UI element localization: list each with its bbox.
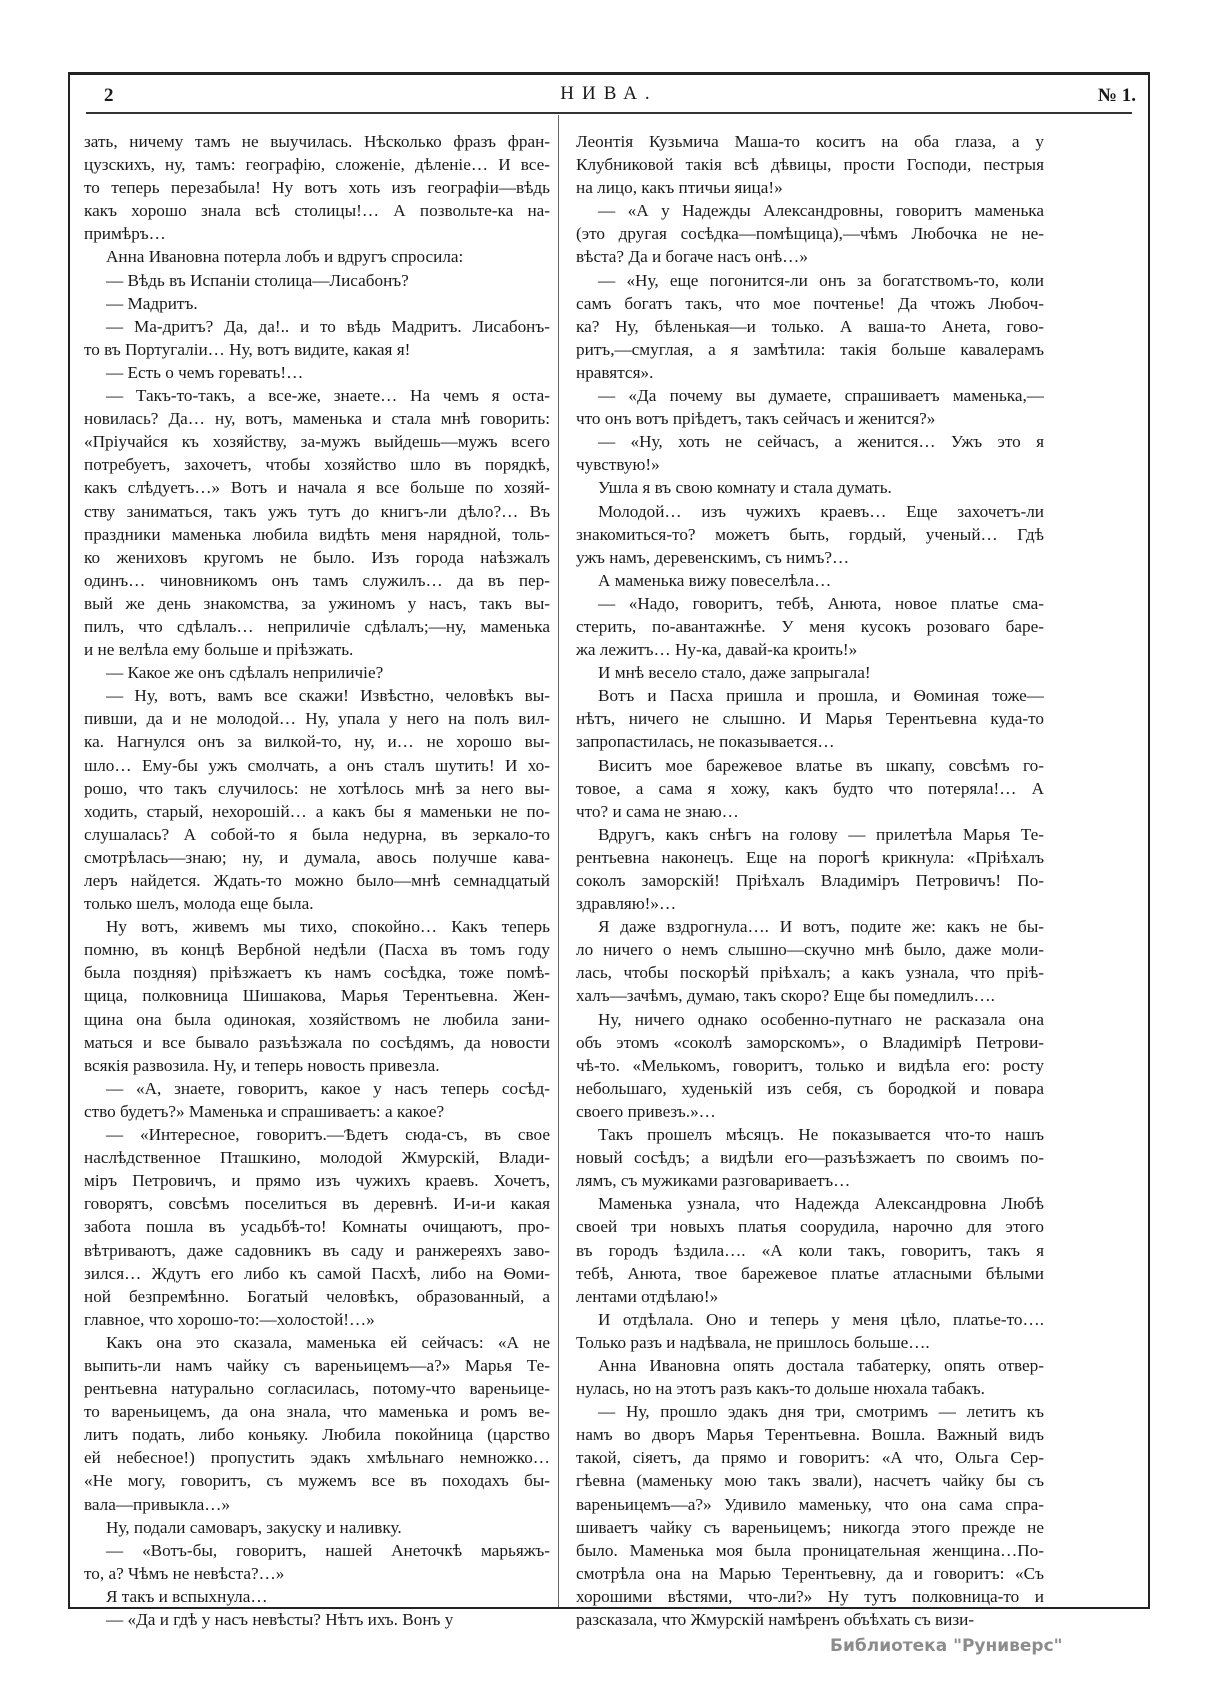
- text-line: щица, полковница Шишакова, Марья Теренть…: [84, 984, 550, 1007]
- text-line: тебѣ, Анюта, твое барежевое платье атлас…: [576, 1262, 1044, 1285]
- text-line: здравляю!»…: [576, 892, 1044, 915]
- text-line: ство будетъ?» Маменька и спрашиваетъ: а …: [84, 1100, 550, 1123]
- text-line: Леонтія Кузьмича Маша-то коситъ на оба г…: [576, 130, 1044, 153]
- text-line: нулась, но на этотъ разъ какъ-то дольше …: [576, 1377, 1044, 1400]
- text-line: что онъ вотъ пріѣдетъ, такъ сейчасъ и же…: [576, 407, 1044, 430]
- text-line: Ну вотъ, живемъ мы тихо, спокойно… Какъ …: [84, 915, 550, 938]
- text-line: смотрѣлась—знаю; ну, и думала, авось пол…: [84, 846, 550, 869]
- paragraph: Ну, подали самоваръ, закуску и наливку.: [84, 1516, 550, 1539]
- paragraph: — «А, знаете, говоритъ, какое у насъ теп…: [84, 1077, 550, 1123]
- right-column: Леонтія Кузьмича Маша-то коситъ на оба г…: [576, 130, 1044, 1631]
- text-line: Такъ прошелъ мѣсяцъ. Не показывается что…: [576, 1123, 1044, 1146]
- text-line: пилъ, что сдѣлалъ… неприличіе сдѣлалъ;—н…: [84, 615, 550, 638]
- text-line: на лицо, какъ птичьи яица!»: [576, 176, 1044, 199]
- text-line: зать, ничему тамъ не выучилась. Нѣскольк…: [84, 130, 550, 153]
- left-column: зать, ничему тамъ не выучилась. Нѣскольк…: [84, 130, 550, 1631]
- paragraph: А маменька вижу повеселѣла…: [576, 569, 1044, 592]
- text-line: хорошими вѣстями, что-ли?» Ну тутъ полко…: [576, 1585, 1044, 1608]
- text-line: какъ слѣдуетъ…» Вотъ и начала я все боль…: [84, 476, 550, 499]
- text-line: Я даже вздрогнула…. И вотъ, подите же: к…: [576, 915, 1044, 938]
- text-line: ка? Ну, бѣленькая—и только. А ваша-то Ан…: [576, 315, 1044, 338]
- paragraph: И отдѣлала. Оно и теперь у меня цѣло, пл…: [576, 1308, 1044, 1354]
- text-line: новый сосѣдъ; а видѣли его—разъѣзжаетъ п…: [576, 1146, 1044, 1169]
- text-line: то въ Португаліи… Ну, вотъ видите, какая…: [84, 338, 550, 361]
- paragraph: — Ма-дритъ? Да, да!.. и то вѣдь Мадритъ.…: [84, 315, 550, 361]
- text-line: вѣтриваютъ, даже садовникъ въ саду и ран…: [84, 1239, 550, 1262]
- paragraph: — «Ну, хоть не сейчасъ, а женится… Ужъ э…: [576, 430, 1044, 476]
- issue-number: № 1.: [1098, 85, 1136, 107]
- text-line: вала—привыкла…»: [84, 1493, 550, 1516]
- text-line: — Мадритъ.: [84, 292, 550, 315]
- paragraph: — Ну, вотъ, вамъ все скажи! Извѣстно, че…: [84, 684, 550, 915]
- text-line: своего привезъ.»…: [576, 1100, 1044, 1123]
- text-line: — Такъ-то-такъ, а все-же, знаете… На чем…: [84, 384, 550, 407]
- text-line: новилась? Да… ну, вотъ, маменька и стала…: [84, 407, 550, 430]
- text-line: такой, сіяетъ, да прямо и говоритъ: «А ч…: [576, 1446, 1044, 1469]
- text-line: — Ну, прошло эдакъ дня три, смотримъ — л…: [576, 1400, 1044, 1423]
- column-divider: [558, 115, 559, 1607]
- paragraph: Виситъ мое барежевое влатье въ шкапу, со…: [576, 754, 1044, 823]
- text-line: выпить-ли намъ чайку съ вареньицемъ—а?» …: [84, 1354, 550, 1377]
- text-line: — «Ну, хоть не сейчасъ, а женится… Ужъ э…: [576, 430, 1044, 453]
- text-line: — «А у Надежды Александровны, говоритъ м…: [576, 199, 1044, 222]
- paragraph: — Ну, прошло эдакъ дня три, смотримъ — л…: [576, 1400, 1044, 1631]
- text-line: маться и все бывало разъѣзжала по сосѣдя…: [84, 1031, 550, 1054]
- text-line: Ушла я въ свою комнату и стала думать.: [576, 476, 1044, 499]
- paragraph: Маменька узнала, что Надежда Александров…: [576, 1192, 1044, 1307]
- text-line: ко жениховъ кругомъ не было. Изъ города …: [84, 546, 550, 569]
- text-line: объ этомъ «соколѣ заморскомъ», о Владимі…: [576, 1031, 1044, 1054]
- paragraph: — Такъ-то-такъ, а все-же, знаете… На чем…: [84, 384, 550, 661]
- paragraph: И мнѣ весело стало, даже запрыгала!: [576, 661, 1044, 684]
- text-line: И мнѣ весело стало, даже запрыгала!: [576, 661, 1044, 684]
- text-line: запропастилась, не показывается…: [576, 730, 1044, 753]
- text-line: ходить, старый, нехорошій… а какъ бы я м…: [84, 800, 550, 823]
- paragraph: — «Да почему вы думаете, спрашиваетъ мам…: [576, 384, 1044, 430]
- text-line: — «Вотъ-бы, говоритъ, нашей Анеточкѣ мар…: [84, 1539, 550, 1562]
- text-line: Я такъ и вспыхнула…: [84, 1585, 550, 1608]
- text-line: — Есть о чемъ горевать!…: [84, 361, 550, 384]
- text-line: праздники маменька любила видѣть меня на…: [84, 523, 550, 546]
- paragraph: Анна Ивановна потерла лобъ и вдругъ спро…: [84, 245, 550, 268]
- text-line: Виситъ мое барежевое влатье въ шкапу, со…: [576, 754, 1044, 777]
- paragraph: — «А у Надежды Александровны, говоритъ м…: [576, 199, 1044, 268]
- text-line: — Ну, вотъ, вамъ все скажи! Извѣстно, че…: [84, 684, 550, 707]
- text-line: лямъ, съ мужиками разговариваетъ…: [576, 1169, 1044, 1192]
- paragraph: — «Интересное, говоритъ.—Ѣдетъ сюда-съ, …: [84, 1123, 550, 1331]
- text-line: жа лежитъ… Ну-ка, давай-ка кроить!»: [576, 638, 1044, 661]
- text-line: ка. Нагнулся онъ за вилкой-то, ну, и… не…: [84, 730, 550, 753]
- paragraph: Ушла я въ свою комнату и стала думать.: [576, 476, 1044, 499]
- text-line: потребуетъ, захочетъ, чтобы хозяйство шл…: [84, 453, 550, 476]
- text-line: халъ—зачѣмъ, думаю, такъ скоро? Еще бы п…: [576, 984, 1044, 1007]
- text-line: ству заниматься, такъ ужъ тутъ до книгъ-…: [84, 500, 550, 523]
- paragraph: Какъ она это сказала, маменька ей сейчас…: [84, 1331, 550, 1516]
- text-line: ей небесное!) пропустить эдакъ хмѣльнаго…: [84, 1446, 550, 1469]
- journal-title: НИВА.: [70, 83, 1148, 105]
- paragraph: Молодой… изъ чужихъ краевъ… Еще захочетъ…: [576, 500, 1044, 569]
- text-line: наслѣдственное Пташкино, молодой Жмурскі…: [84, 1146, 550, 1169]
- text-line: рошо, что такъ случилось: не хотѣлось мн…: [84, 777, 550, 800]
- paragraph: — Мадритъ.: [84, 292, 550, 315]
- text-line: разсказала, что Жмурскій намѣренъ объѣха…: [576, 1608, 1044, 1631]
- text-line: — «А, знаете, говоритъ, какое у насъ теп…: [84, 1077, 550, 1100]
- text-line: смотрѣла она на Марью Терентьевну, да и …: [576, 1562, 1044, 1585]
- text-line: зился… Ждутъ его либо къ самой Пасхѣ, ли…: [84, 1262, 550, 1285]
- text-line: цузскихъ, ну, тамъ: географію, сложеніе,…: [84, 153, 550, 176]
- text-line: только шелъ, молода еще была.: [84, 892, 550, 915]
- text-line: Какъ она это сказала, маменька ей сейчас…: [84, 1331, 550, 1354]
- paragraph: Анна Ивановна опять достала табатерку, о…: [576, 1354, 1044, 1400]
- text-line: Ну, подали самоваръ, закуску и наливку.: [84, 1516, 550, 1539]
- text-line: ритъ,—смуглая, а я замѣтила: такія больш…: [576, 338, 1044, 361]
- paragraph: Ну, ничего однако особенно-путнаго не ра…: [576, 1008, 1044, 1123]
- text-line: Ну, ничего однако особенно-путнаго не ра…: [576, 1008, 1044, 1031]
- text-line: самъ богатъ такъ, что мое почтенье! Да ч…: [576, 292, 1044, 315]
- text-line: товое, а сама я хожу, какъ будто что пот…: [576, 777, 1044, 800]
- text-line: (это другая сосѣдка—помѣщица),—чѣмъ Любо…: [576, 222, 1044, 245]
- text-line: своей три новыхъ платья соорудила, нароч…: [576, 1215, 1044, 1238]
- text-line: пивши, да и не молодой… Ну, упала у него…: [84, 707, 550, 730]
- text-line: помню, въ концѣ Вербной недѣли (Пасха въ…: [84, 938, 550, 961]
- text-line: шло… Ему-бы ужъ смолчать, а онъ сталъ шу…: [84, 754, 550, 777]
- text-line: леръ найдется. Ждать-то можно было—мнѣ с…: [84, 869, 550, 892]
- paragraph: зать, ничему тамъ не выучилась. Нѣскольк…: [84, 130, 550, 245]
- paragraph: Леонтія Кузьмича Маша-то коситъ на оба г…: [576, 130, 1044, 199]
- text-line: въ городъ ѣздила…. «А коли такъ, говорит…: [576, 1239, 1044, 1262]
- text-line: лентами отдѣлаю!»: [576, 1285, 1044, 1308]
- text-line: примѣръ…: [84, 222, 550, 245]
- text-line: ужъ намъ, деревенскимъ, съ нимъ?…: [576, 546, 1044, 569]
- text-line: Молодой… изъ чужихъ краевъ… Еще захочетъ…: [576, 500, 1044, 523]
- text-line: лась, чтобы поскорѣй пріѣхалъ; а какъ уз…: [576, 961, 1044, 984]
- text-line: вѣста? Да и богаче насъ онѣ…»: [576, 245, 1044, 268]
- text-line: одинъ… чиновникомъ онъ тамъ служилъ… да …: [84, 569, 550, 592]
- text-line: знакомиться-то? можетъ быть, гордый, уче…: [576, 523, 1044, 546]
- text-line: — «Да почему вы думаете, спрашиваетъ мам…: [576, 384, 1044, 407]
- paragraph: — Есть о чемъ горевать!…: [84, 361, 550, 384]
- text-line: міръ Петровичъ, и прямо изъ чужихъ краев…: [84, 1169, 550, 1192]
- text-line: — Ма-дритъ? Да, да!.. и то вѣдь Мадритъ.…: [84, 315, 550, 338]
- library-watermark: Библиотека "Руниверс": [830, 1636, 1063, 1656]
- paragraph: Ну вотъ, живемъ мы тихо, спокойно… Какъ …: [84, 915, 550, 1077]
- paragraph: — «Да и гдѣ у насъ невѣсты? Нѣтъ ихъ. Во…: [84, 1608, 550, 1631]
- paragraph: Такъ прошелъ мѣсяцъ. Не показывается что…: [576, 1123, 1044, 1192]
- text-line: вареньицемъ—а?» Удивило маменьку, что он…: [576, 1493, 1044, 1516]
- text-line: то, а? Чѣмъ не невѣста?…»: [84, 1562, 550, 1585]
- text-line: слушалась? А собой-то я была недурна, въ…: [84, 823, 550, 846]
- text-line: говорятъ, совсѣмъ поселиться въ деревнѣ.…: [84, 1192, 550, 1215]
- text-line: шиваетъ чайку съ вареньицемъ; никогда эт…: [576, 1516, 1044, 1539]
- text-line: какъ хорошо знала всѣ столицы!… А позвол…: [84, 199, 550, 222]
- text-line: стерить, по-авантажнѣе. У меня кусокъ ро…: [576, 615, 1044, 638]
- paragraph: Я такъ и вспыхнула…: [84, 1585, 550, 1608]
- text-line: А маменька вижу повеселѣла…: [576, 569, 1044, 592]
- text-line: и не велѣла ему больше и пріѣзжать.: [84, 638, 550, 661]
- text-line: то вареньицемъ, да она знала, что мамень…: [84, 1400, 550, 1423]
- text-line: «Не могу, говоритъ, съ мужемъ все въ пох…: [84, 1469, 550, 1492]
- page-header: 2 НИВА. № 1.: [70, 75, 1148, 109]
- text-line: Вдругъ, какъ снѣгъ на голову — прилетѣла…: [576, 823, 1044, 846]
- text-line: Маменька узнала, что Надежда Александров…: [576, 1192, 1044, 1215]
- text-line: Анна Ивановна потерла лобъ и вдругъ спро…: [84, 245, 550, 268]
- text-line: — Какое же онъ сдѣлалъ неприличіе?: [84, 661, 550, 684]
- page-frame: 2 НИВА. № 1. зать, ничему тамъ не выучил…: [68, 72, 1150, 1609]
- text-line: Только разъ и надѣвала, не пришлось боль…: [576, 1331, 1044, 1354]
- text-line: небольшаго, худенькій изъ себя, съ бород…: [576, 1077, 1044, 1100]
- text-line: ло ничего о немъ слышно—скучно мнѣ было,…: [576, 938, 1044, 961]
- text-line: — Вѣдь въ Испаніи столица—Лисабонъ?: [84, 269, 550, 292]
- paragraph: — Вѣдь въ Испаніи столица—Лисабонъ?: [84, 269, 550, 292]
- text-line: — «Ну, еще погонится-ли онъ за богатство…: [576, 269, 1044, 292]
- text-line: гѣевна (маменьку мою такъ звали), насчет…: [576, 1469, 1044, 1492]
- text-line: ной безпремѣнно. Богатый человѣкъ, образ…: [84, 1285, 550, 1308]
- text-line: то теперь перезабыла! Ну вотъ хоть изъ г…: [84, 176, 550, 199]
- text-line: Клубниковой такія всѣ дѣвицы, прости Гос…: [576, 153, 1044, 176]
- text-line: щина она была одинокая, хозяйствомъ не л…: [84, 1008, 550, 1031]
- text-line: всякія развозила. Ну, и теперь новость п…: [84, 1054, 550, 1077]
- paragraph: Вотъ и Пасха пришла и прошла, и Ѳоминая …: [576, 684, 1044, 753]
- text-line: нравятся».: [576, 361, 1044, 384]
- text-line: намъ во дворъ Марья Терентьевна. Вошла. …: [576, 1423, 1044, 1446]
- text-line: — «Да и гдѣ у насъ невѣсты? Нѣтъ ихъ. Во…: [84, 1608, 550, 1631]
- text-line: чувствую!»: [576, 453, 1044, 476]
- paragraph: — «Вотъ-бы, говоритъ, нашей Анеточкѣ мар…: [84, 1539, 550, 1585]
- paragraph: — «Ну, еще погонится-ли онъ за богатство…: [576, 269, 1044, 384]
- text-line: литъ подать, либо коньяку. Любила покойн…: [84, 1423, 550, 1446]
- paragraph: Вдругъ, какъ снѣгъ на голову — прилетѣла…: [576, 823, 1044, 915]
- text-line: рентьевна наконецъ. Еще на порогѣ крикну…: [576, 846, 1044, 869]
- text-line: соколъ заморскій! Пріѣхалъ Владиміръ Пет…: [576, 869, 1044, 892]
- text-line: — «Интересное, говоритъ.—Ѣдетъ сюда-съ, …: [84, 1123, 550, 1146]
- text-line: было. Маменька моя была проницательная ж…: [576, 1539, 1044, 1562]
- header-rule: [86, 112, 1132, 114]
- paragraph: — Какое же онъ сдѣлалъ неприличіе?: [84, 661, 550, 684]
- text-line: «Пріучайся къ хозяйству, за-мужъ выйдешь…: [84, 430, 550, 453]
- text-line: Анна Ивановна опять достала табатерку, о…: [576, 1354, 1044, 1377]
- text-line: была поздняя) пріѣзжаетъ къ намъ сосѣдка…: [84, 961, 550, 984]
- text-line: рентьевна натурально согласилась, потому…: [84, 1377, 550, 1400]
- text-line: главное, что хорошо-то:—холостой!…»: [84, 1308, 550, 1331]
- text-line: вый же день знакомства, за ужиномъ у нас…: [84, 592, 550, 615]
- text-line: забота пошла въ усадьбѣ-то! Комнаты очищ…: [84, 1215, 550, 1238]
- text-line: И отдѣлала. Оно и теперь у меня цѣло, пл…: [576, 1308, 1044, 1331]
- text-line: чѣ-то. «Мелькомъ, говоритъ, только и вид…: [576, 1054, 1044, 1077]
- text-line: — «Надо, говоритъ, тебѣ, Анюта, новое пл…: [576, 592, 1044, 615]
- paragraph: Я даже вздрогнула…. И вотъ, подите же: к…: [576, 915, 1044, 1007]
- text-line: Вотъ и Пасха пришла и прошла, и Ѳоминая …: [576, 684, 1044, 707]
- paragraph: — «Надо, говоритъ, тебѣ, Анюта, новое пл…: [576, 592, 1044, 661]
- text-line: что? и сама не знаю…: [576, 800, 1044, 823]
- text-line: нѣтъ, ничего не слышно. И Марья Терентье…: [576, 707, 1044, 730]
